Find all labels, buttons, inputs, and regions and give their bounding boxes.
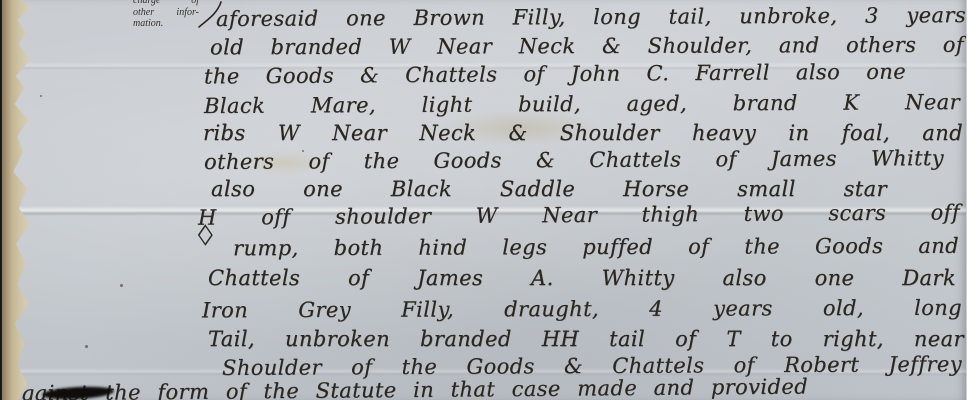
manuscript-line: also one Black Saddle Horse small star xyxy=(211,176,887,203)
document-photo: charge of other infor- mation. aforesaid… xyxy=(0,0,978,400)
diamond-brand-mark: ◇ xyxy=(198,217,213,249)
manuscript-line: Black Mare, light build, aged, brand K N… xyxy=(204,89,960,120)
printed-margin-note: charge of other infor- mation. xyxy=(133,0,199,30)
manuscript-line: old branded W Near Neck & Shoulder, and … xyxy=(210,32,964,62)
paper-speck xyxy=(120,284,123,287)
paper-speck xyxy=(40,95,42,97)
manuscript-line: against the form of the Statute in that … xyxy=(8,374,808,400)
manuscript-line: aforesaid one Brown Filly, long tail, un… xyxy=(216,2,966,33)
manuscript-line: Iron Grey Filly, draught, 4 years old, l… xyxy=(202,295,962,325)
manuscript-line: H off shoulder W Near thigh two scars of… xyxy=(198,199,960,231)
margin-note-line: charge of xyxy=(133,0,199,7)
manuscript-page: charge of other infor- mation. aforesaid… xyxy=(0,0,966,400)
manuscript-line: ribs W Near Neck & Shoulder heavy in foa… xyxy=(203,120,963,147)
manuscript-line: the Goods & Chattels of John C. Farrell … xyxy=(204,59,906,91)
manuscript-line: others of the Goods & Chattels of James … xyxy=(204,145,944,176)
manuscript-line: Tail, unbroken branded HH tail of T to r… xyxy=(208,326,964,353)
manuscript-line: Chattels of James A. Whitty also one Dar… xyxy=(208,265,956,292)
margin-note-line: other infor- xyxy=(133,7,199,19)
margin-note-line: mation. xyxy=(133,18,199,30)
background-right-strip xyxy=(966,0,978,400)
paper-speck xyxy=(85,345,88,348)
manuscript-line: rump, both hind legs puffed of the Goods… xyxy=(233,233,959,263)
